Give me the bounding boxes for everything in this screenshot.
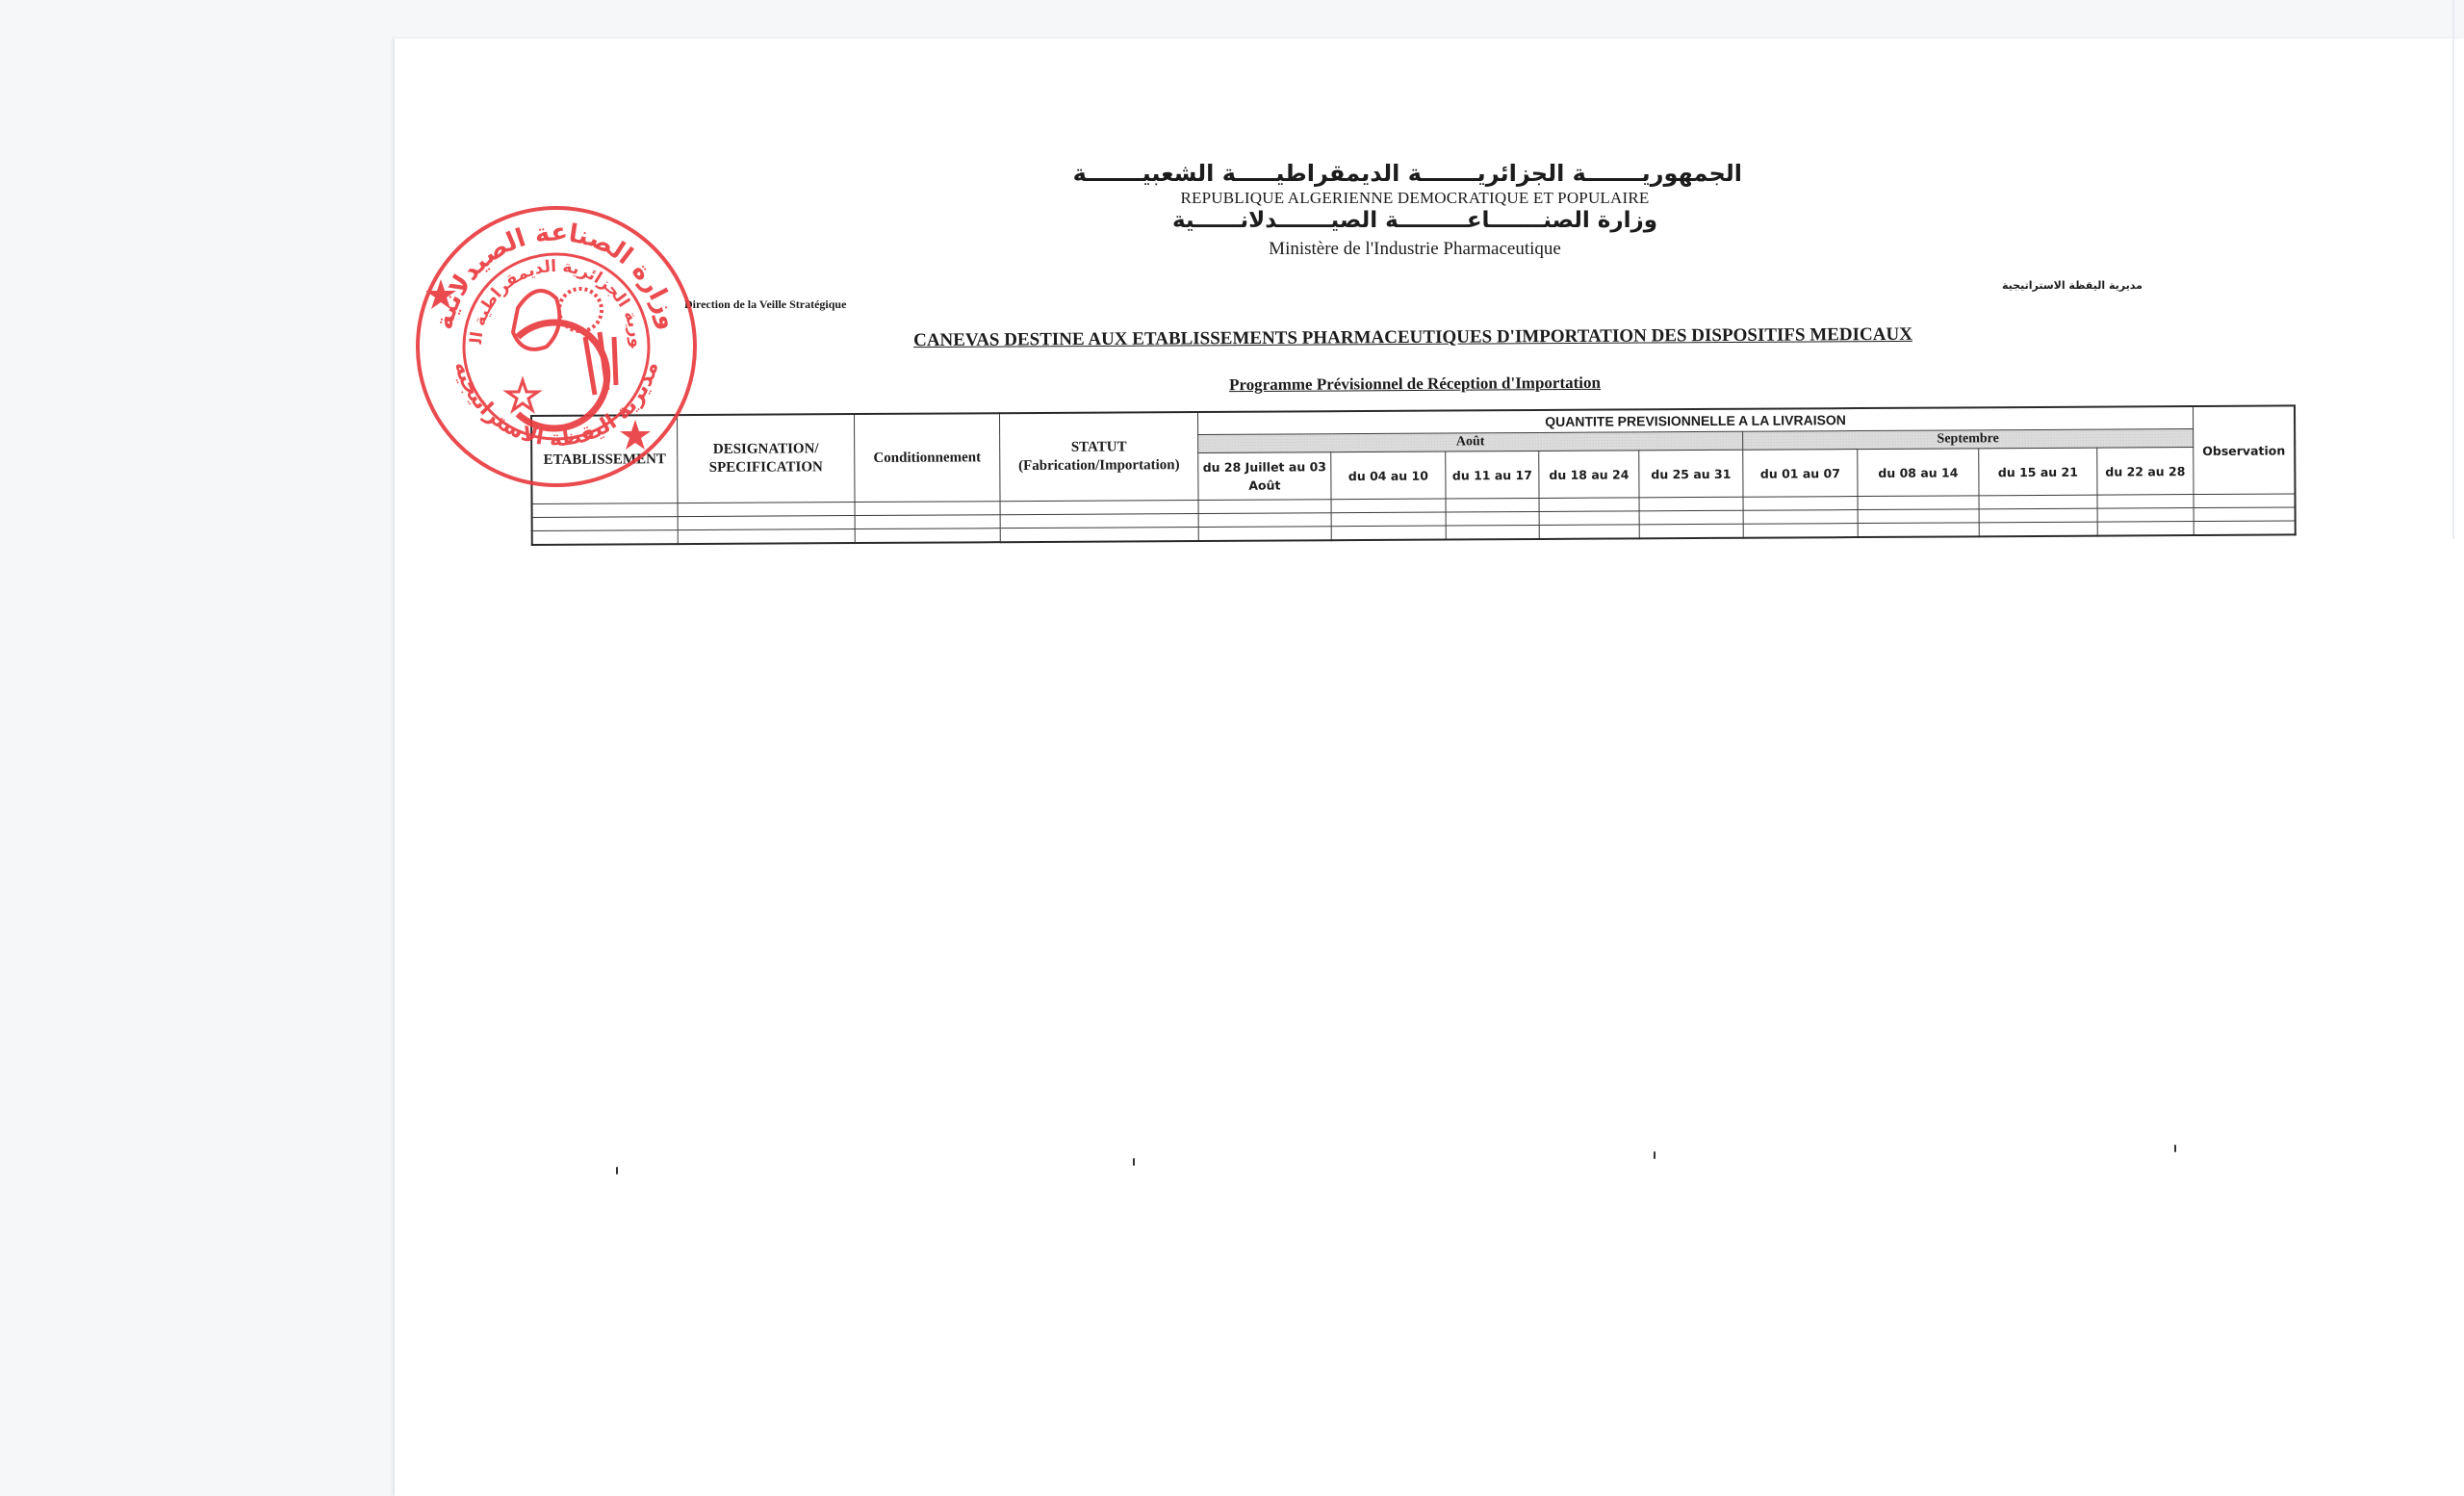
week-header: du 15 au 21 xyxy=(1979,448,2097,496)
table-cell[interactable] xyxy=(1000,528,1198,543)
table-cell[interactable] xyxy=(678,503,855,517)
table-cell[interactable] xyxy=(532,530,679,545)
table-cell[interactable] xyxy=(1639,524,1743,538)
table-cell[interactable] xyxy=(1446,511,1539,526)
week-header: du 01 au 07 xyxy=(1743,450,1858,498)
table-cell[interactable] xyxy=(1743,510,1858,525)
col-conditionnement: Conditionnement xyxy=(855,413,1001,502)
table-cell[interactable] xyxy=(2194,507,2296,522)
table-cell[interactable] xyxy=(2194,494,2296,508)
week-header: du 18 au 24 xyxy=(1539,451,1639,499)
table-cell[interactable] xyxy=(532,517,679,531)
table-cell[interactable] xyxy=(1198,527,1331,541)
table-cell[interactable] xyxy=(2097,508,2194,523)
table-cell[interactable] xyxy=(855,515,1000,529)
week-header: du 04 au 10 xyxy=(1331,451,1446,500)
col-statut: STATUT (Fabrication/Importation) xyxy=(999,412,1198,502)
table-cell[interactable] xyxy=(1446,498,1539,512)
direction-arabic: مديرية اليقظة الاستراتيجية xyxy=(2002,279,2143,292)
header-arabic-republic: الجمهوريـــــــة الجزائريـــــــة الديمق… xyxy=(1088,160,1742,187)
page-edge xyxy=(2452,0,2454,539)
table-cell[interactable] xyxy=(1858,496,1979,510)
header-french-republic: REPUBLIQUE ALGERIENNE DEMOCRATIQUE ET PO… xyxy=(1088,189,1742,208)
table-cell[interactable] xyxy=(1000,514,1198,529)
table-cell[interactable] xyxy=(1639,510,1743,525)
table-cell[interactable] xyxy=(1331,526,1446,540)
week-header: du 28 Juillet au 03 Août xyxy=(1198,452,1331,501)
table-cell[interactable] xyxy=(855,529,1000,543)
table-cell[interactable] xyxy=(1000,501,1198,515)
table-cell[interactable] xyxy=(678,529,855,545)
table-cell[interactable] xyxy=(1858,523,1979,537)
table-cell[interactable] xyxy=(1446,525,1539,539)
table-cell[interactable] xyxy=(2097,495,2194,509)
header-arabic-ministry: وزارة الصنـــــــاعـــــــــة الصيــــــ… xyxy=(1088,208,1742,233)
table-cell[interactable] xyxy=(532,503,679,518)
table-cell[interactable] xyxy=(1743,524,1858,538)
week-header: du 11 au 17 xyxy=(1446,451,1539,499)
table-cell[interactable] xyxy=(1639,497,1743,511)
table-cell[interactable] xyxy=(1331,512,1446,527)
col-etablissement: ETABLISSEMENT xyxy=(531,415,678,503)
scan-mark xyxy=(1654,1151,1655,1159)
table-cell[interactable] xyxy=(1979,495,2097,509)
table-cell[interactable] xyxy=(1539,525,1639,539)
table-cell[interactable] xyxy=(1198,500,1331,514)
table-cell[interactable] xyxy=(1979,508,2097,523)
table-cell[interactable] xyxy=(855,502,1000,516)
direction-french: Direction de la Veille Stratégique xyxy=(684,297,846,312)
table-cell[interactable] xyxy=(2194,521,2296,535)
scan-mark xyxy=(1133,1158,1135,1166)
import-program-table: ETABLISSEMENT DESIGNATION/ SPECIFICATION… xyxy=(530,404,2297,546)
scan-mark xyxy=(2174,1145,2176,1152)
col-designation: DESIGNATION/ SPECIFICATION xyxy=(678,414,856,503)
table-cell[interactable] xyxy=(1743,497,1858,511)
table-cell[interactable] xyxy=(1858,509,1979,524)
table-cell[interactable] xyxy=(1198,513,1331,528)
week-header: du 22 au 28 xyxy=(2097,448,2194,496)
table-cell[interactable] xyxy=(1539,511,1639,526)
header-french-ministry: Ministère de l'Industrie Pharmaceutique xyxy=(1088,239,1742,260)
week-header: du 25 au 31 xyxy=(1639,450,1743,498)
table-cell[interactable] xyxy=(1979,522,2097,536)
table-cell[interactable] xyxy=(1331,499,1446,513)
week-header: du 08 au 14 xyxy=(1858,449,1979,497)
table-cell[interactable] xyxy=(2097,522,2194,536)
table-cell[interactable] xyxy=(678,516,855,530)
scan-mark xyxy=(616,1167,618,1174)
col-observation: Observation xyxy=(2193,405,2295,494)
table-cell[interactable] xyxy=(1539,498,1639,512)
